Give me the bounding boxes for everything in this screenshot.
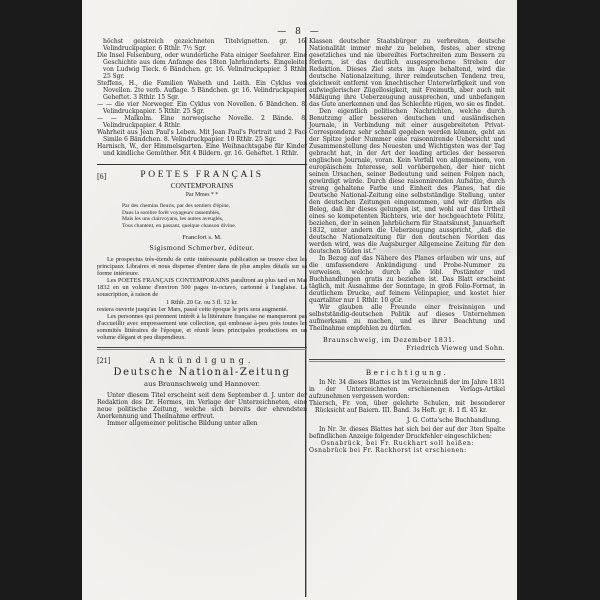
book-entry: Steffens, H., die Familien Walseth und L… bbox=[97, 80, 307, 101]
paragraph: Immer allgemeiner politische Bildung unt… bbox=[97, 420, 307, 427]
book-entry: Harnisch, W., der Himmelsgarten. Eine We… bbox=[97, 143, 307, 157]
notice-body: Unter diesem Titel erscheint seit dem Se… bbox=[97, 392, 307, 427]
ink-smudge bbox=[402, 297, 512, 302]
imprint-place: Francfort s. M. bbox=[97, 234, 307, 241]
page-number: — 8 — bbox=[82, 27, 517, 37]
book-entry: — — die vier Norweger. Ein Cyklus von No… bbox=[97, 101, 307, 115]
verse-line: Tous chantent, en passant, quelque chans… bbox=[122, 223, 307, 230]
paragraph: In Nr. 34 dieses Blattes ist im Verzeich… bbox=[309, 379, 505, 400]
paragraph: Les personnes qui prennent intérêt à la … bbox=[97, 313, 307, 341]
erratum-line: Osnabrück, bei Fr. Ruckhart soll heißen: bbox=[309, 440, 505, 447]
correction-heading: Berichtigung. bbox=[309, 368, 505, 377]
paragraph: Le prospectus très-étendu de cette intér… bbox=[97, 256, 307, 277]
signature: Friedrich Vieweg und Sohn. bbox=[309, 345, 505, 352]
paragraph: Les POETES FRANÇAIS CONTEMPORAINS paraît… bbox=[97, 277, 307, 298]
newspaper-page: — 8 — höchst geistreich gezeichneten Tit… bbox=[82, 0, 517, 600]
notice-title: POETES FRANÇAIS bbox=[97, 170, 307, 180]
erratum-line: Osnabrück bei Fr. Rackhorst ist erschien… bbox=[309, 447, 505, 454]
correction-body: In Nr. 34 dieses Blattes ist im Verzeich… bbox=[309, 379, 505, 454]
section-rule bbox=[97, 164, 307, 165]
notice-heading: Ankündigung. bbox=[97, 356, 307, 365]
notice-continuation: Klassen deutscher Staatsbürger zu verbre… bbox=[309, 38, 505, 352]
correction-notice: Berichtigung. In Nr. 34 dieses Blattes i… bbox=[309, 368, 505, 454]
notice-national-zeitung: [21] Ankündigung. Deutsche National-Zeit… bbox=[97, 356, 307, 427]
paragraph: In Nr. 3r. dieses Blattes hat sich bei d… bbox=[309, 426, 505, 440]
section-rule bbox=[97, 347, 307, 350]
book-entry: Wahrheit aus Jean Paul's Leben. Mit Jean… bbox=[97, 129, 307, 143]
book-entry: Die Insel Felsenburg, oder wunderliche F… bbox=[97, 52, 307, 80]
ink-smudge bbox=[372, 248, 512, 254]
notice-number: [6] bbox=[97, 172, 106, 181]
subscription-price: 1 Rthlr. 20 Gr. ou 3 fl. 12 kr. bbox=[97, 299, 307, 306]
paragraph: Den eigentlich politischen Nachrichten, … bbox=[309, 108, 505, 255]
epigraph-verse: Par des chemins fleuris, par des sentier… bbox=[122, 203, 307, 229]
right-column: Klassen deutscher Staatsbürger zu verbre… bbox=[309, 38, 505, 454]
paragraph: Unter diesem Titel erscheint seit dem Se… bbox=[97, 392, 307, 420]
publisher-name: Sigismond Schmerber, éditeur. bbox=[97, 243, 307, 252]
paragraph: restera ouverte jusqu'au 1er Mars, passé… bbox=[97, 306, 307, 313]
notice-subtitle: aus Braunschweig und Hannover. bbox=[97, 380, 307, 388]
left-column: höchst geistreich gezeichneten Titelvign… bbox=[97, 38, 307, 427]
book-entry: — — Malkolm. Eine norwegische Novelle. 2… bbox=[97, 115, 307, 129]
notice-subtitle: CONTEMPORAINS bbox=[97, 181, 307, 190]
notice-poetes-francais: [6] POETES FRANÇAIS CONTEMPORAINS Par Mm… bbox=[97, 170, 307, 341]
book-list: höchst geistreich gezeichneten Titelvign… bbox=[97, 38, 307, 157]
notice-byline: Par Mmes * * bbox=[97, 192, 307, 198]
book-entry: höchst geistreich gezeichneten Titelvign… bbox=[97, 38, 307, 52]
notice-title: Deutsche National-Zeitung bbox=[97, 367, 307, 378]
dateline: Braunschweig, im Dezember 1831. bbox=[323, 337, 505, 344]
signature: J. G. Cotta'sche Buchhandlung. bbox=[309, 417, 505, 424]
notice-number: [21] bbox=[97, 356, 110, 365]
notice-body: Le prospectus très-étendu de cette intér… bbox=[97, 256, 307, 341]
book-entry: Thiersch, Fr. von, über gelehrte Schulen… bbox=[309, 400, 505, 414]
paragraph: Klassen deutscher Staatsbürger zu verbre… bbox=[309, 38, 505, 108]
paragraph: Wir glauben alle Freunde einer freisinni… bbox=[309, 304, 505, 332]
section-rule bbox=[309, 359, 505, 362]
